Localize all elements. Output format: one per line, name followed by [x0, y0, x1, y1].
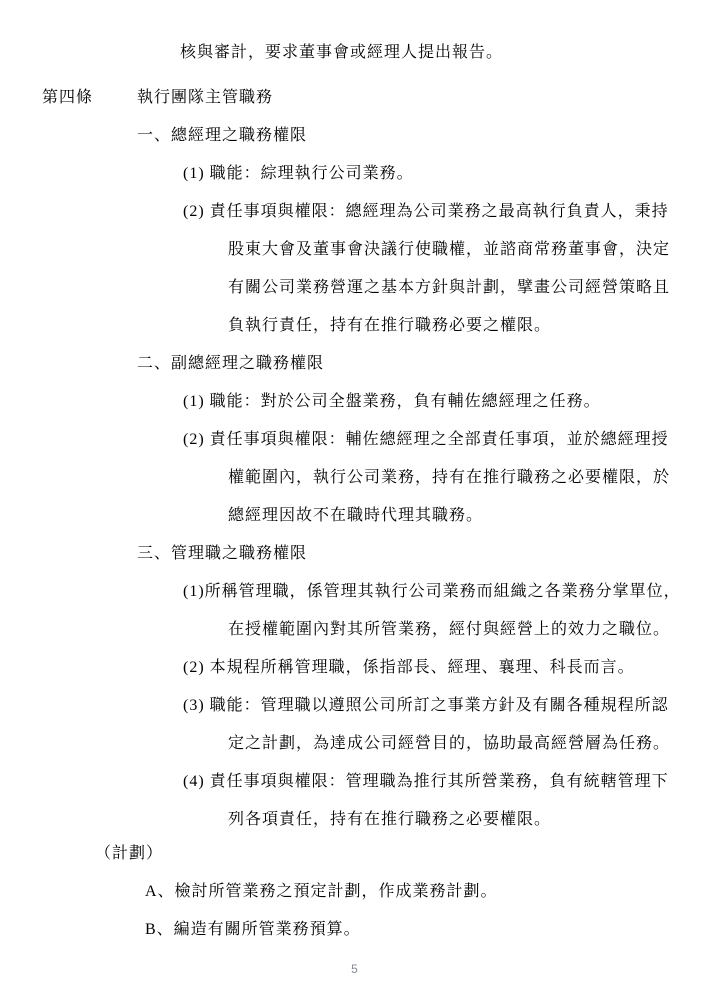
- clause-item: (2) 責任事項與權限：總經理為公司業務之最高執行負責人，秉持: [0, 190, 709, 228]
- line-text: (2) 本規程所稱管理職，係指部長、經理、襄理、科長而言。: [183, 654, 635, 677]
- line-text: 列各項責任，持有在推行職務之必要權限。: [228, 806, 551, 829]
- line-text: 股東大會及董事會決議行使職權，並諮商常務董事會，決定: [228, 236, 670, 259]
- clause-item: (1) 職能：對於公司全盤業務，負有輔佐總經理之任務。: [0, 380, 709, 418]
- clause-item: (2) 責任事項與權限：輔佐總經理之全部責任事項，並於總經理授: [0, 418, 709, 456]
- article-number: 第四條: [42, 84, 137, 107]
- clause-item: (1) 職能：綜理執行公司業務。: [0, 152, 709, 190]
- line-text: 三、管理職之職務權限: [137, 540, 307, 563]
- clause-continuation: 總經理因故不在職時代理其職務。: [0, 494, 709, 532]
- document-page: 核與審計，要求董事會或經理人提出報告。 第四條 執行團隊主管職務 一、總經理之職…: [0, 0, 709, 1006]
- section-heading: 二、副總經理之職務權限: [0, 342, 709, 380]
- line-text: （計劃）: [95, 840, 163, 863]
- line-text: (1)所稱管理職，係管理其執行公司業務而組織之各業務分掌單位，: [183, 578, 681, 601]
- clause-item: (4) 責任事項與權限：管理職為推行其所營業務，負有統轄管理下: [0, 760, 709, 798]
- line-text: 核與審計，要求董事會或經理人提出報告。: [180, 39, 503, 62]
- line-text: 總經理因故不在職時代理其職務。: [228, 502, 483, 525]
- line-text: (2) 責任事項與權限：輔佐總經理之全部責任事項，並於總經理授: [183, 426, 669, 449]
- line-text: 有關公司業務營運之基本方針與計劃，擘畫公司經營策略且: [228, 274, 670, 297]
- line-text: 負執行責任，持有在推行職務必要之權限。: [228, 312, 551, 335]
- line-text: (2) 責任事項與權限：總經理為公司業務之最高執行負責人，秉持: [183, 198, 669, 221]
- page-number: 5: [0, 962, 709, 976]
- section-heading: 三、管理職之職務權限: [0, 532, 709, 570]
- plan-heading: （計劃）: [0, 832, 709, 870]
- line-text: (1) 職能：綜理執行公司業務。: [183, 160, 414, 183]
- line-text: 在授權範圍內對其所管業務，經付與經營上的效力之職位。: [228, 616, 670, 639]
- clause-continuation: 定之計劃，為達成公司經營目的，協助最高經營層為任務。: [0, 722, 709, 760]
- plan-item: A、檢討所管業務之預定計劃，作成業務計劃。: [0, 870, 709, 908]
- article-title: 執行團隊主管職務: [137, 84, 273, 107]
- line-text: 一、總經理之職務權限: [137, 122, 307, 145]
- clause-continuation: 有關公司業務營運之基本方針與計劃，擘畫公司經營策略且: [0, 266, 709, 304]
- clause-continuation: 權範圍內，執行公司業務，持有在推行職務之必要權限，於: [0, 456, 709, 494]
- line-text: A、檢討所管業務之預定計劃，作成業務計劃。: [145, 878, 498, 901]
- clause-item: (2) 本規程所稱管理職，係指部長、經理、襄理、科長而言。: [0, 646, 709, 684]
- line-text: (4) 責任事項與權限：管理職為推行其所營業務，負有統轄管理下: [183, 768, 669, 791]
- clause-continuation: 列各項責任，持有在推行職務之必要權限。: [0, 798, 709, 836]
- clause-continuation: 負執行責任，持有在推行職務必要之權限。: [0, 304, 709, 342]
- line-text: 定之計劃，為達成公司經營目的，協助最高經營層為任務。: [228, 730, 670, 753]
- section-heading: 一、總經理之職務權限: [0, 114, 709, 152]
- clause-continuation: 在授權範圍內對其所管業務，經付與經營上的效力之職位。: [0, 608, 709, 646]
- clause-continuation: 股東大會及董事會決議行使職權，並諮商常務董事會，決定: [0, 228, 709, 266]
- clause-item: (1)所稱管理職，係管理其執行公司業務而組織之各業務分掌單位，: [0, 570, 709, 608]
- line-text: (1) 職能：對於公司全盤業務，負有輔佐總經理之任務。: [183, 388, 601, 411]
- clause-item: (3) 職能：管理職以遵照公司所訂之事業方針及有關各種規程所認: [0, 684, 709, 722]
- article-heading: 第四條 執行團隊主管職務: [0, 76, 709, 114]
- plan-item: B、編造有關所管業務預算。: [0, 908, 709, 946]
- line-text: 權範圍內，執行公司業務，持有在推行職務之必要權限，於: [228, 464, 670, 487]
- line-text: (3) 職能：管理職以遵照公司所訂之事業方針及有關各種規程所認: [183, 692, 669, 715]
- line-text: B、編造有關所管業務預算。: [145, 916, 361, 939]
- body-text: 核與審計，要求董事會或經理人提出報告。: [0, 31, 709, 69]
- line-text: 二、副總經理之職務權限: [137, 350, 324, 373]
